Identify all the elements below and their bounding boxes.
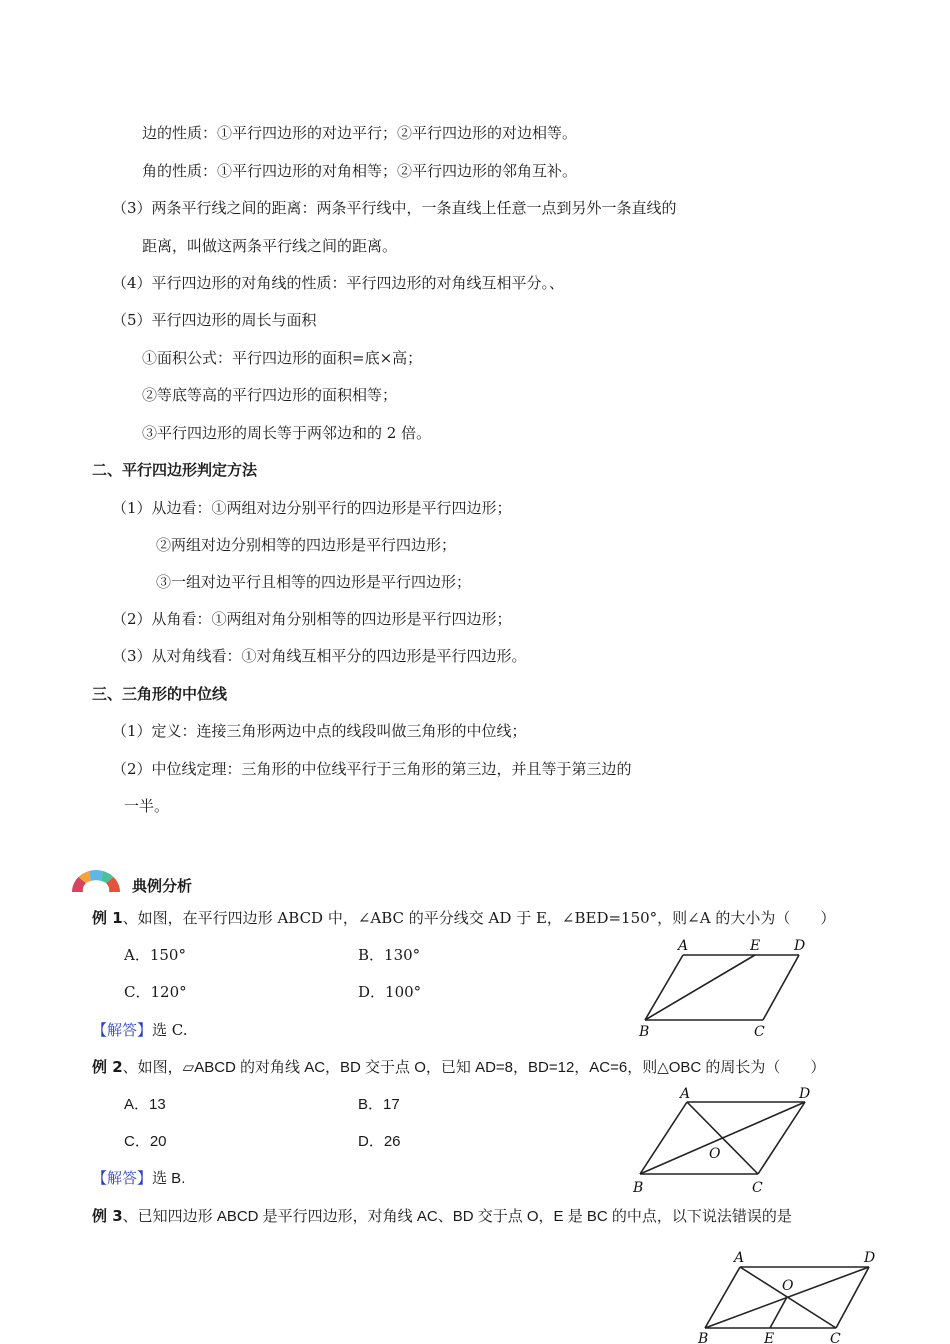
item5-text: （5）平行四边形的周长与面积: [112, 310, 317, 330]
fig1-label-b: B: [638, 1024, 649, 1040]
example1-label: 例 1: [92, 909, 123, 927]
item5-sub2: ②等底等高的平行四边形的面积相等；: [142, 385, 397, 405]
item5-sub3: ③平行四边形的周长等于两邻边和的 2 倍。: [142, 423, 431, 443]
example1-option-b: B．130°: [358, 945, 420, 965]
section2-line4: （2）从角看：①两组对角分别相等的四边形是平行四边形；: [112, 609, 512, 629]
example1-answer-tag: 【解答】: [92, 1021, 152, 1039]
fig2-label-a: A: [678, 1086, 690, 1102]
section3-item2-line1: （2）中位线定理：三角形的中位线平行于三角形的第三边，并且等于第三边的: [112, 759, 632, 779]
section3-heading: 三、三角形的中位线: [92, 684, 227, 704]
fig2-label-c: C: [752, 1180, 763, 1196]
fig3-label-c: C: [830, 1331, 841, 1344]
fig3-label-b: B: [697, 1331, 708, 1344]
section2-heading: 二、平行四边形判定方法: [92, 460, 257, 480]
example2-option-b: B．17: [358, 1095, 400, 1115]
example1-figure: A E D B C: [630, 935, 820, 1044]
example1-answer-text: 选 C.: [152, 1021, 187, 1039]
item3-text-line2: 距离，叫做这两条平行线之间的距离。: [142, 236, 397, 256]
fig3-label-d: D: [863, 1250, 875, 1266]
section3-item1: （1）定义：连接三角形两边中点的线段叫做三角形的中位线；: [112, 721, 527, 741]
example3-question-text: 、已知四边形 ABCD 是平行四边形，对角线 AC、BD 交于点 O，E 是 B…: [123, 1208, 792, 1225]
fig3-label-o: O: [782, 1278, 794, 1294]
example1-question: 例 1、如图，在平行四边形 ABCD 中，∠ABC 的平分线交 AD 于 E，∠…: [92, 908, 835, 928]
example3-figure: A D O B E C: [690, 1240, 890, 1344]
section2-line3: ③一组对边平行且相等的四边形是平行四边形；: [156, 572, 471, 592]
fig1-label-c: C: [754, 1024, 765, 1040]
example2-option-d: D．26: [358, 1132, 401, 1152]
fig1-label-d: D: [793, 938, 805, 954]
fig3-label-e: E: [763, 1331, 774, 1344]
fig1-label-e: E: [749, 938, 760, 954]
example1-question-text: 、如图，在平行四边形 ABCD 中，∠ABC 的平分线交 AD 于 E，∠BED…: [123, 909, 836, 927]
item5-sub1: ①面积公式：平行四边形的面积=底×高；: [142, 348, 422, 368]
example2-option-c: C．20: [124, 1132, 167, 1152]
example2-answer-text: 选 B.: [152, 1170, 185, 1187]
example1-answer: 【解答】选 C.: [92, 1020, 188, 1040]
fig1-label-a: A: [676, 938, 688, 954]
section2-line5: （3）从对角线看：①对角线互相平分的四边形是平行四边形。: [112, 646, 527, 666]
example3-label: 例 3: [92, 1207, 123, 1225]
side-property-text: 边的性质：①平行四边形的对边平行；②平行四边形的对边相等。: [142, 123, 577, 143]
example2-answer-tag: 【解答】: [92, 1170, 152, 1187]
example2-question: 例 2、如图，▱ABCD 的对角线 AC，BD 交于点 O，已知 AD=8，BD…: [92, 1057, 825, 1078]
item4-text: （4）平行四边形的对角线的性质：平行四边形的对角线互相平分。、: [112, 273, 564, 293]
example3-question: 例 3、已知四边形 ABCD 是平行四边形，对角线 AC、BD 交于点 O，E …: [92, 1206, 792, 1227]
rainbow-arc-icon: [70, 868, 122, 898]
example2-figure: A D O B C: [620, 1080, 820, 1199]
example2-option-a: A．13: [124, 1095, 166, 1115]
example2-label: 例 2: [92, 1058, 123, 1076]
example1-option-c: C．120°: [124, 982, 187, 1002]
fig2-label-o: O: [709, 1146, 721, 1162]
example1-option-d: D．100°: [358, 982, 421, 1002]
fig2-label-b: B: [632, 1180, 643, 1196]
angle-property-text: 角的性质：①平行四边形的对角相等；②平行四边形的邻角互补。: [142, 161, 577, 181]
item3-text-line1: （3）两条平行线之间的距离：两条平行线中，一条直线上任意一点到另外一条直线的: [112, 198, 677, 218]
section3-item2-line2: 一半。: [124, 796, 169, 816]
example1-option-a: A．150°: [124, 945, 186, 965]
examples-section-title: 典例分析: [132, 876, 192, 896]
section2-line2: ②两组对边分别相等的四边形是平行四边形；: [156, 535, 456, 555]
section2-line1: （1）从边看：①两组对边分别平行的四边形是平行四边形；: [112, 498, 512, 518]
example2-answer: 【解答】选 B.: [92, 1169, 185, 1189]
example2-question-text: 、如图，▱ABCD 的对角线 AC，BD 交于点 O，已知 AD=8，BD=12…: [123, 1059, 826, 1076]
fig2-label-d: D: [798, 1086, 810, 1102]
fig3-label-a: A: [732, 1250, 744, 1266]
